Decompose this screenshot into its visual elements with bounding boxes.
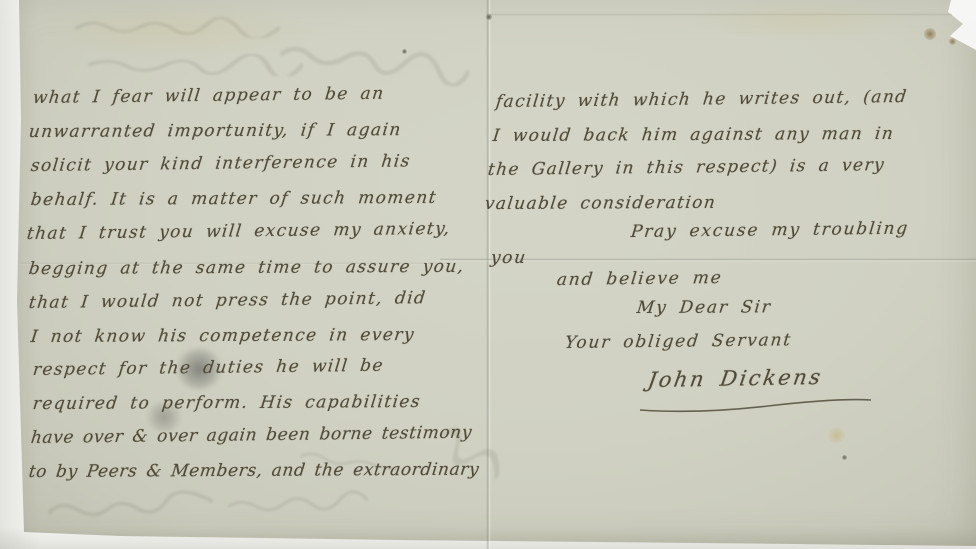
closing-line: Your obliged Servant: [564, 330, 793, 353]
closing-line: you: [490, 248, 529, 268]
closing-line: Pray excuse my troubling: [630, 219, 910, 242]
signature: John Dickens: [646, 365, 824, 392]
letter-line: valuable consideration: [484, 193, 718, 214]
letter-line: behalf. It is a matter of such moment: [30, 188, 438, 210]
letter-line: I not know his competence in every: [30, 325, 416, 347]
closing-line: My Dear Sir: [636, 297, 773, 318]
letter-line: unwarranted importunity, if I again: [28, 120, 403, 142]
letter-line: to by Peers & Members, and the extraordi…: [28, 460, 481, 482]
letter-line: I would back him against any man in: [492, 124, 896, 146]
letter-line: required to perform. His capabilities: [32, 392, 423, 414]
bleed-through-writing: [75, 16, 280, 38]
scanned-letter-photo: what I fear will appear to be an unwarra…: [0, 0, 976, 549]
signature-flourish: [638, 398, 873, 414]
closing-line: and believe me: [556, 268, 724, 290]
letter-line: begging at the same time to assure you,: [28, 257, 466, 279]
bleed-through-writing: [88, 54, 303, 76]
fold-crease-top: [486, 13, 952, 16]
